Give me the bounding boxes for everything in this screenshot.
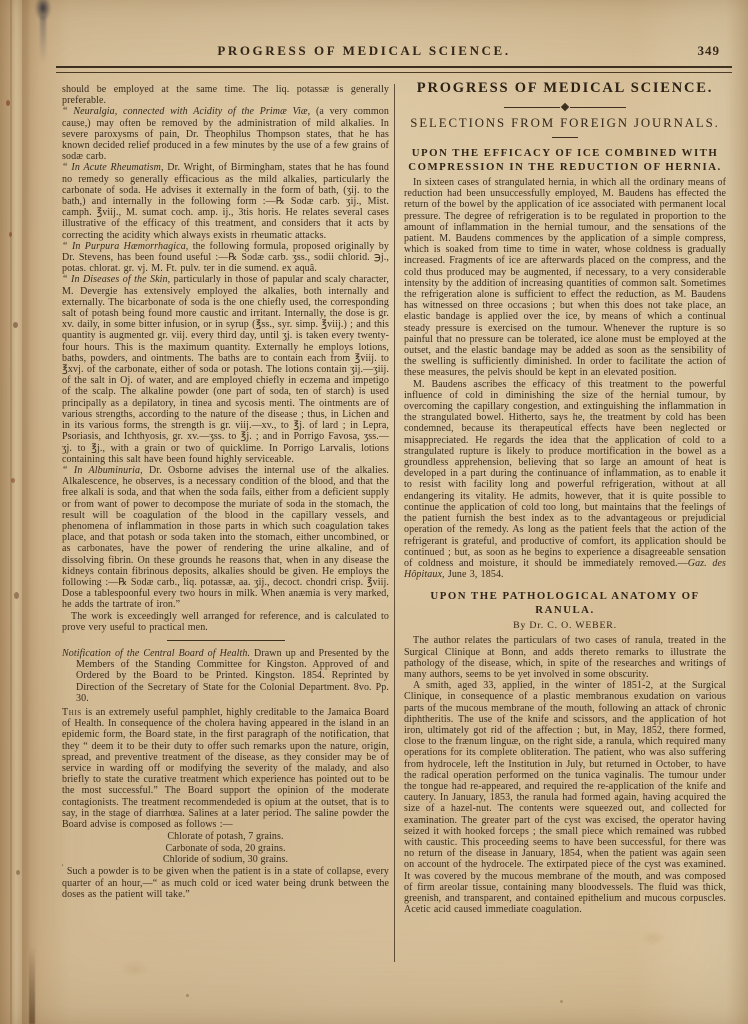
paragraph: The author relates the particulars of tw…	[404, 635, 726, 680]
paragraph-lead: “ Neuralgia, connected with Acidity of t…	[62, 106, 310, 117]
paragraph: “ In Albuminuria, Dr. Osborne advises th…	[62, 465, 389, 611]
paragraph: M. Baudens ascribes the efficacy of this…	[404, 379, 726, 581]
paragraph-lead: “ In Albuminuria,	[62, 465, 143, 476]
ornament-divider	[404, 104, 726, 110]
paper-speck	[9, 232, 12, 237]
paragraph: The work is exceedingly well arranged fo…	[62, 611, 389, 633]
paragraph-text: The author relates the particulars of tw…	[404, 635, 726, 680]
paragraph: In sixteen cases of strangulated hernia,…	[404, 177, 726, 379]
paper-speck	[6, 100, 10, 106]
paragraph-text: A smith, aged 33, applied, in the winter…	[404, 680, 726, 915]
article2-title: UPON THE PATHOLOGICAL ANATOMY OF RANULA.	[404, 589, 726, 617]
header-rule	[56, 66, 732, 73]
paragraph: “ In Purpura Hæmorrhagica, the following…	[62, 241, 389, 275]
paper-speck	[560, 1000, 563, 1003]
paragraph: A smith, aged 33, applied, in the winter…	[404, 680, 726, 915]
paragraph-text: Dr. Wright, of Birmingham, states that h…	[62, 162, 389, 240]
citation-date: , June 3, 1854.	[442, 569, 504, 580]
paragraph-text: particularly in those of papular and sca…	[62, 274, 389, 464]
section-title: PROGRESS OF MEDICAL SCIENCE.	[404, 80, 726, 97]
paper-speck	[16, 870, 20, 875]
page-edge-line	[10, 0, 12, 1024]
paragraph-text: M. Baudens ascribes the efficacy of this…	[404, 379, 726, 569]
footnote: ′ Such a powder is to be given when the …	[62, 866, 389, 900]
paper-speck	[11, 478, 15, 483]
recipe-line: Carbonate of soda, 20 grains.	[62, 843, 389, 854]
scanned-journal-page: PROGRESS OF MEDICAL SCIENCE. 349 should …	[0, 0, 748, 1024]
saline-powder-recipe: Chlorate of potash, 7 grains. Carbonate …	[62, 831, 389, 865]
ornament-line	[570, 107, 626, 108]
short-rule	[552, 137, 578, 138]
paragraph: “ In Diseases of the Skin, particularly …	[62, 274, 389, 464]
paragraph-text: The work is exceedingly well arranged fo…	[62, 611, 389, 633]
article2-byline: By Dr. C. O. WEBER.	[404, 620, 726, 631]
article1-title: UPON THE EFFICACY OF ICE COMBINED WITH C…	[404, 146, 726, 174]
diamond-icon	[561, 103, 569, 111]
paragraph: should be employed at the same time. The…	[62, 84, 389, 106]
review-citation: Notification of the Central Board of Hea…	[62, 648, 389, 704]
review-text: is an extremely useful pamphlet, highly …	[62, 707, 389, 830]
paragraph-text: Dr. Osborne advises the internal use of …	[62, 465, 389, 610]
section-divider-rule	[167, 640, 285, 641]
recipe-line: Chlorate of potash, 7 grains.	[62, 831, 389, 842]
paper-speck	[186, 994, 189, 997]
page-number: 349	[698, 43, 721, 59]
column-divider-rule	[394, 84, 395, 962]
small-caps-lead: This	[62, 707, 82, 718]
paragraph-lead: “ In Diseases of the Skin,	[62, 274, 170, 285]
paper-speck	[14, 592, 19, 599]
ornament-line	[504, 107, 560, 108]
footnote-text: Such a powder is to be given when the pa…	[62, 866, 389, 899]
paragraph-text: should be employed at the same time. The…	[62, 84, 389, 106]
paragraph-text: In sixteen cases of strangulated hernia,…	[404, 177, 726, 378]
paragraph-lead: “ In Acute Rheumatism,	[62, 162, 164, 173]
review-body: This is an extremely useful pamphlet, hi…	[62, 707, 389, 830]
paper-stain	[120, 960, 150, 978]
left-column: should be employed at the same time. The…	[62, 84, 389, 900]
page-edge-crease	[22, 0, 31, 1024]
right-column: PROGRESS OF MEDICAL SCIENCE. SELECTIONS …	[404, 80, 726, 915]
paragraph: “ In Acute Rheumatism, Dr. Wright, of Bi…	[62, 162, 389, 240]
paper-speck	[13, 322, 18, 328]
subsection-title: SELECTIONS FROM FOREIGN JOURNALS.	[404, 116, 726, 131]
paper-stain	[640, 930, 666, 946]
paragraph-lead: “ In Purpura Hæmorrhagica,	[62, 241, 188, 252]
paragraph: “ Neuralgia, connected with Acidity of t…	[62, 106, 389, 162]
ink-smudge-trail	[40, 16, 46, 62]
citation-title: Notification of the Central Board of Hea…	[62, 648, 250, 659]
recipe-line: Chloride of sodium, 30 grains.	[62, 854, 389, 865]
running-header: PROGRESS OF MEDICAL SCIENCE.	[58, 43, 670, 59]
binding-shadow	[29, 946, 35, 1024]
